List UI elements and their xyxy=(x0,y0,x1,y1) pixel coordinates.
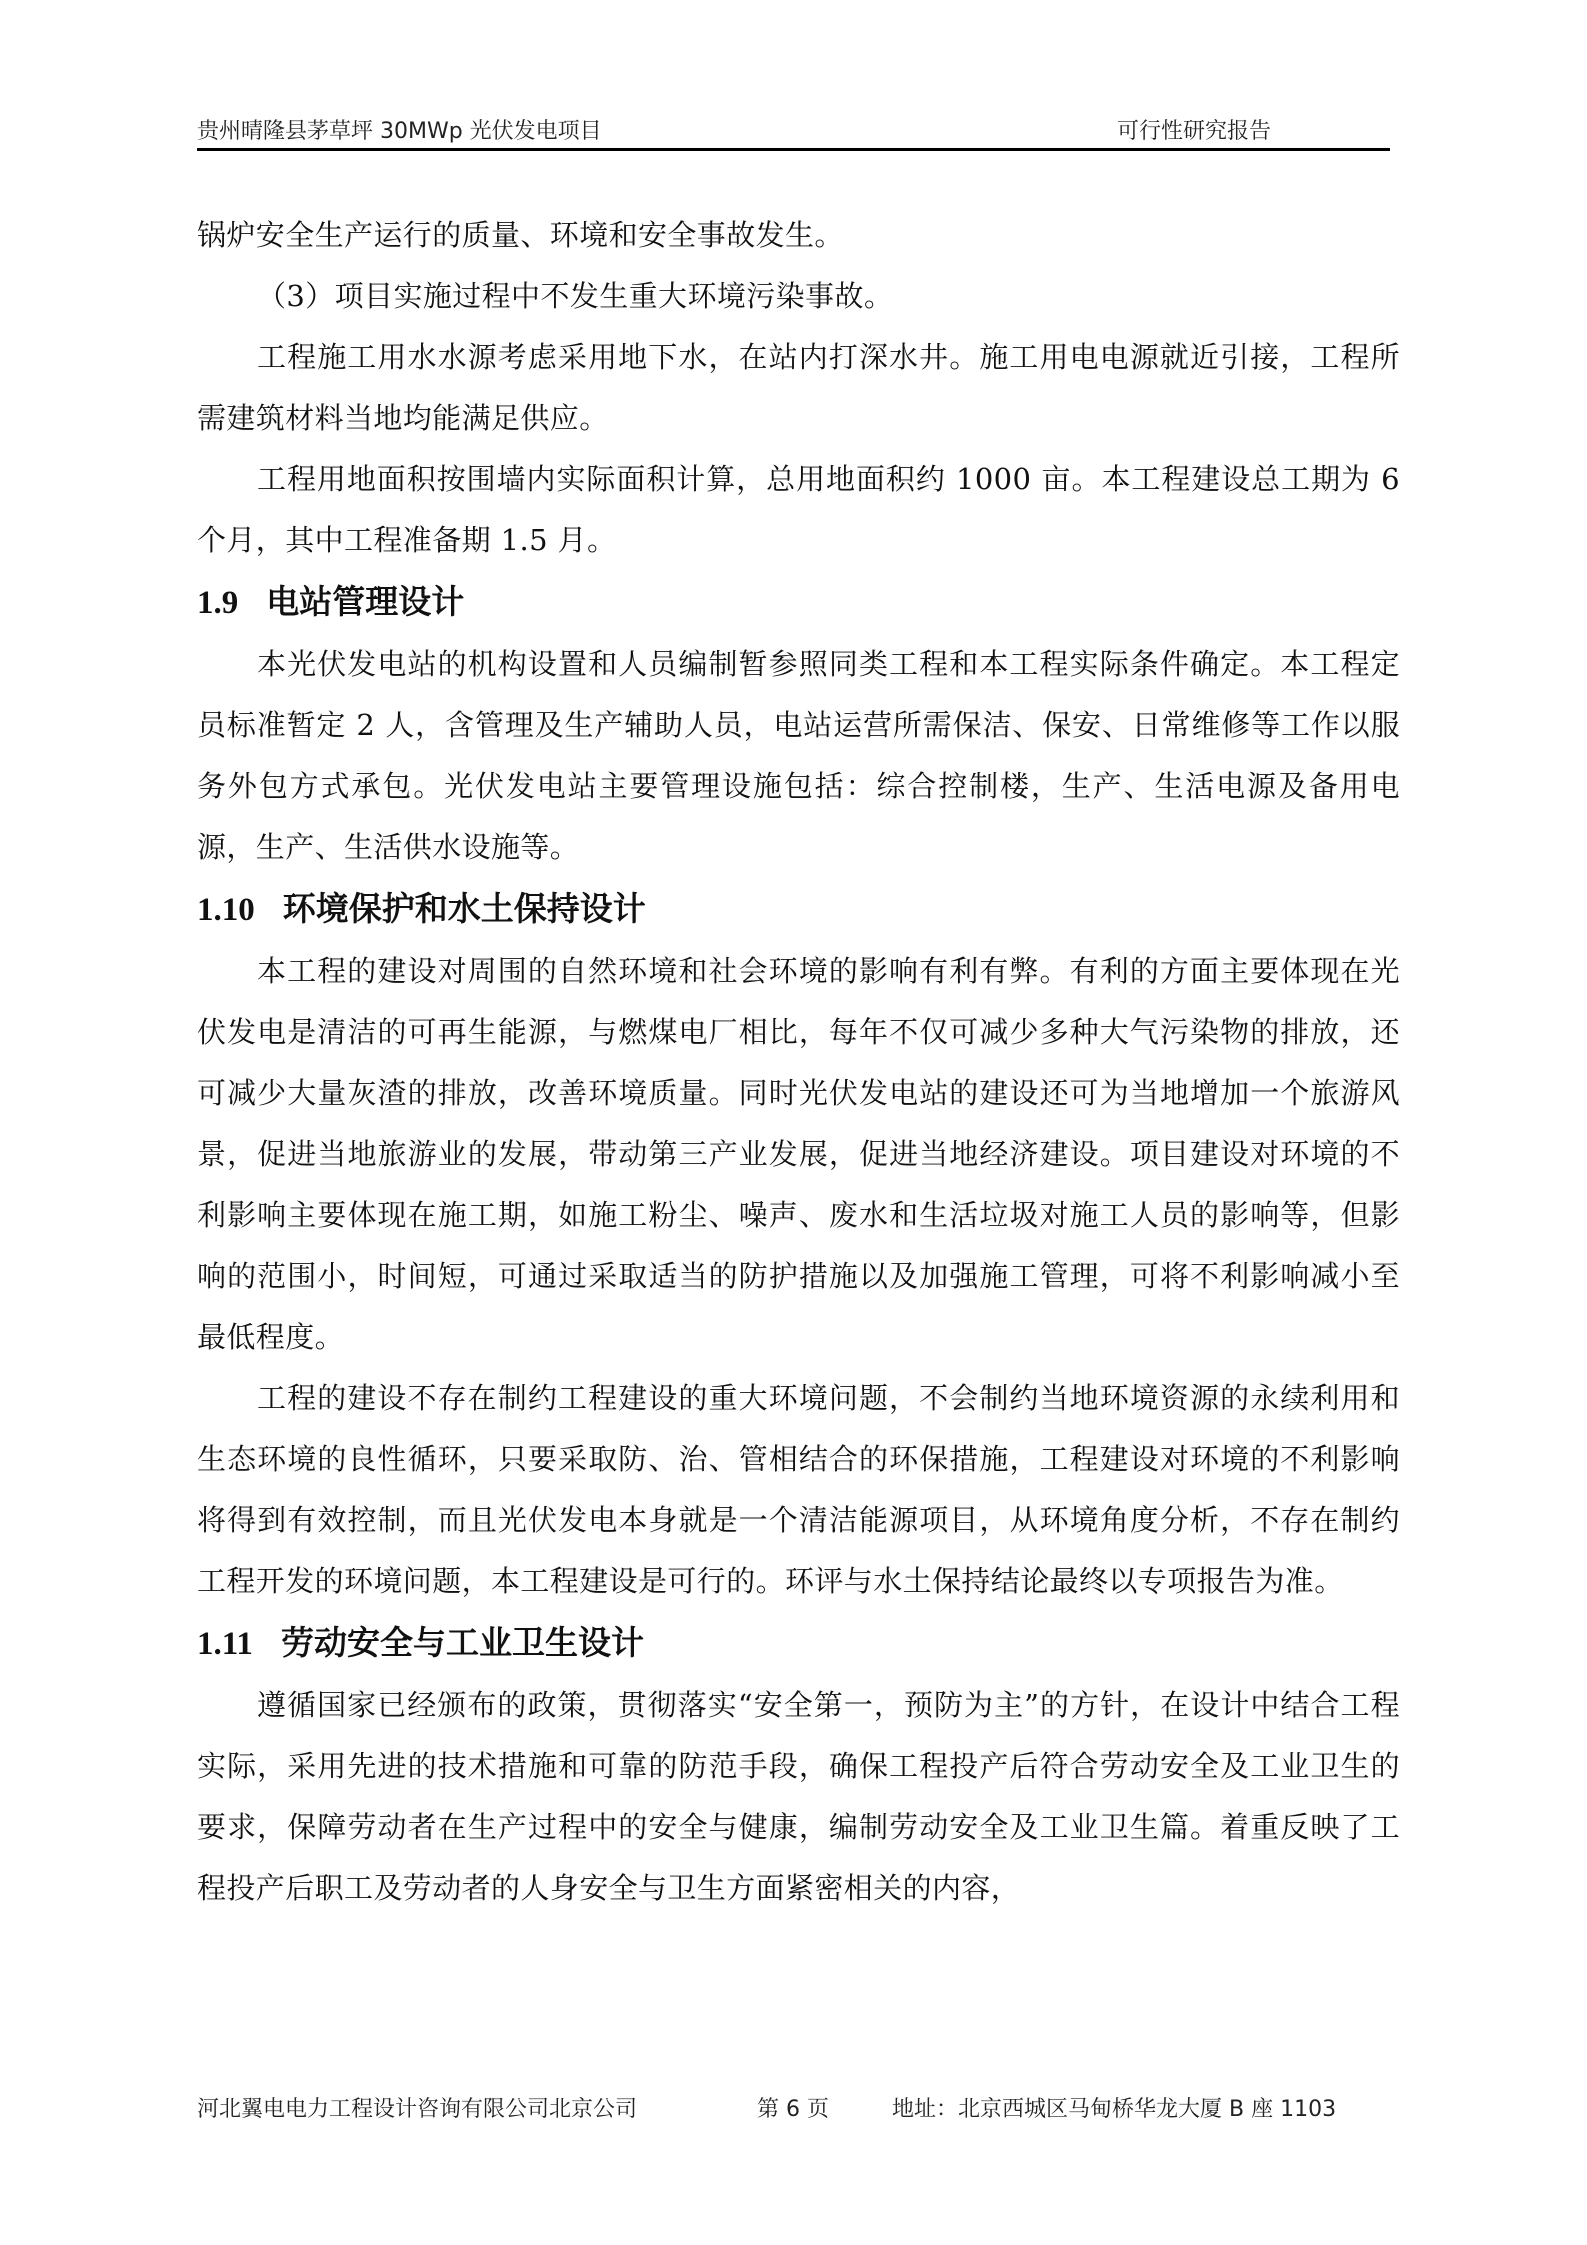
section-heading-1-11: 1.11劳动安全与工业卫生设计 xyxy=(197,1612,1400,1675)
paragraph: 遵循国家已经颁布的政策，贯彻落实“安全第一，预防为主”的方针，在设计中结合工程实… xyxy=(197,1675,1400,1919)
company-address: 地址：北京西城区马甸桥华龙大厦 B 座 1103 xyxy=(892,2092,1336,2123)
paragraph: 工程的建设不存在制约工程建设的重大环境问题，不会制约当地环境资源的永续利用和生态… xyxy=(197,1368,1400,1612)
paragraph: （3）项目实施过程中不发生重大环境污染事故。 xyxy=(197,266,1400,327)
paragraph: 工程用地面积按围墙内实际面积计算，总用地面积约 1000 亩。本工程建设总工期为… xyxy=(197,449,1400,571)
page-footer: 河北翼电电力工程设计咨询有限公司北京公司 第 6 页 地址：北京西城区马甸桥华龙… xyxy=(197,2092,1400,2126)
paragraph: 本光伏发电站的机构设置和人员编制暂参照同类工程和本工程实际条件确定。本工程定员标… xyxy=(197,634,1400,878)
page-header: 贵州晴隆县茅草坪 30MWp 光伏发电项目 可行性研究报告 xyxy=(197,112,1390,151)
section-title: 劳动安全与工业卫生设计 xyxy=(281,1623,644,1662)
company-name: 河北翼电电力工程设计咨询有限公司北京公司 xyxy=(197,2092,637,2123)
section-heading-1-10: 1.10环境保护和水土保持设计 xyxy=(197,878,1400,941)
section-title: 环境保护和水土保持设计 xyxy=(283,889,646,928)
paragraph: 本工程的建设对周围的自然环境和社会环境的影响有利有弊。有利的方面主要体现在光伏发… xyxy=(197,941,1400,1368)
paragraph: 工程施工用水水源考虑采用地下水，在站内打深水井。施工用电电源就近引接，工程所需建… xyxy=(197,327,1400,449)
section-number: 1.10 xyxy=(197,880,255,941)
project-title: 贵州晴隆县茅草坪 30MWp 光伏发电项目 xyxy=(197,114,602,145)
document-body: 锅炉安全生产运行的质量、环境和安全事故发生。 （3）项目实施过程中不发生重大环境… xyxy=(197,205,1400,1919)
section-number: 1.11 xyxy=(197,1614,253,1675)
page-number: 第 6 页 xyxy=(757,2092,829,2123)
report-type: 可行性研究报告 xyxy=(1117,114,1271,145)
section-title: 电站管理设计 xyxy=(266,582,464,621)
section-number: 1.9 xyxy=(197,573,238,634)
paragraph: 锅炉安全生产运行的质量、环境和安全事故发生。 xyxy=(197,205,1400,266)
section-heading-1-9: 1.9电站管理设计 xyxy=(197,571,1400,634)
